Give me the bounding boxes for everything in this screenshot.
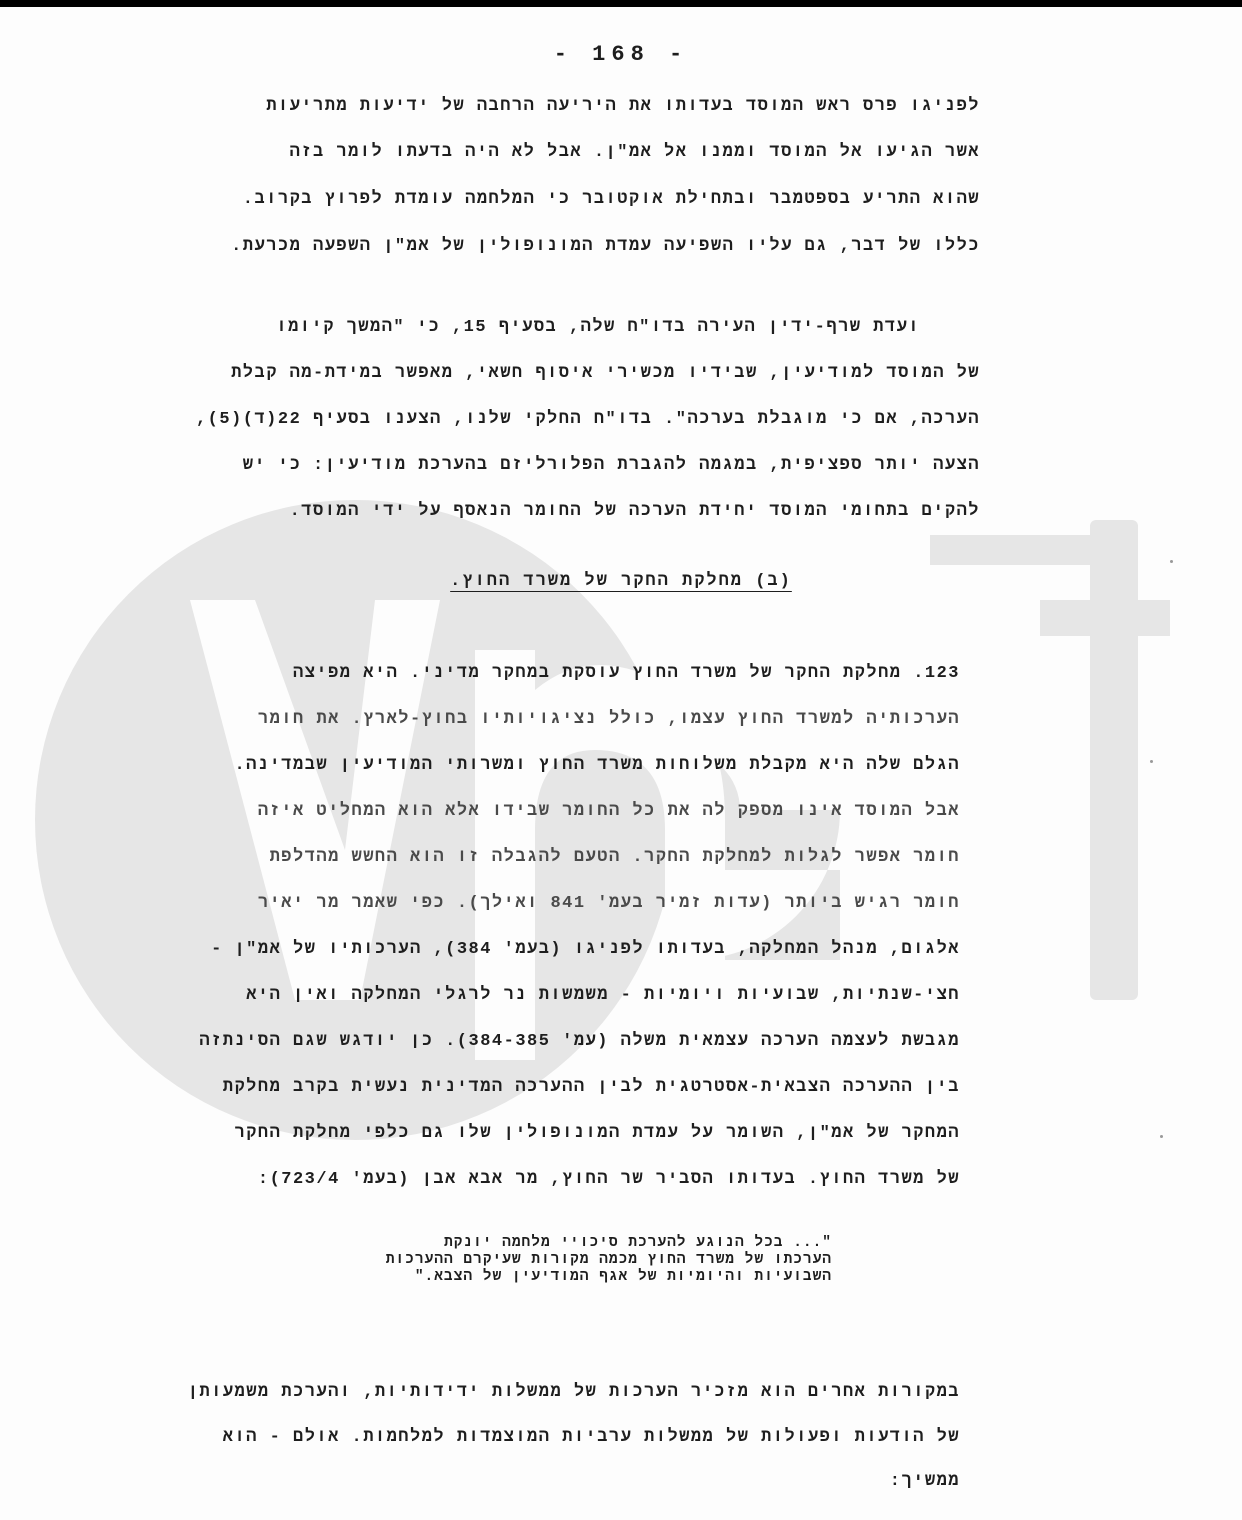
text-line: של הודעות ופעולות של ממשלות ערביות המוצמ… (223, 1428, 960, 1447)
text-line: ממשיך: (890, 1472, 960, 1491)
text-line: כללו של דבר, גם עליו השפיעה עמדת המונופו… (231, 237, 980, 256)
text-line: אבל המוסד אינו מספק לה את כל החומר שבידו… (258, 802, 960, 821)
quote-line: השבועיות והיומיות של אגף המודיעין של הצב… (415, 1269, 832, 1286)
text-line: הגלם שלה היא מקבלת משלוחות משרד החוץ ומש… (234, 756, 960, 775)
text-line: של המוסד למודיעין, שבידיו מכשירי איסוף ח… (231, 364, 980, 383)
scan-speck (1160, 1135, 1163, 1138)
text-line: מגבשת לעצמה הערכה עצמאית משלה (עמ' 384-3… (199, 1032, 960, 1051)
text-line: של משרד החוץ. בעדותו הסביר שר החוץ, מר א… (258, 1170, 960, 1189)
quote-line: "... בכל הנוגע להערכת סיכויי מלחמה יונקת (444, 1235, 832, 1252)
text-line: אלגום, מנהל המחלקה, בעדותו לפניגו (בעמ' … (211, 940, 960, 959)
text-line: אשר הגיעו אל המוסד וממנו אל אמ"ן. אבל לא… (290, 143, 980, 162)
text-line: במקורות אחרים הוא מזכיר הערכות של ממשלות… (188, 1383, 960, 1402)
text-line: הערכה, אם כי מוגבלת בערכה". בדו"ח החלקי … (196, 410, 980, 429)
page-number: - 168 - (0, 42, 1242, 67)
quote-line: הערכתו של משרד החוץ מכמה מקורות שעיקרם ה… (386, 1252, 832, 1269)
text-line: שהוא התריע בספטמבר ובתחילת אוקטובר כי המ… (243, 190, 980, 209)
text-line: הצעה יותר ספציפית, במגמה להגברת הפלורליז… (243, 456, 980, 475)
text-line: להקים בתחומי המוסד יחידת הערכה של החומר … (290, 502, 980, 521)
top-black-bar (0, 0, 1242, 7)
text-line: חומר רגיש ביותר (עדות זמיר בעמ' 841 ואיל… (258, 894, 960, 913)
text-line: לפניגו פרס ראש המוסד בעדותו את היריעה הר… (266, 97, 980, 116)
text-line: 123. מחלקת החקר של משרד החוץ עוסקת במחקר… (293, 664, 960, 683)
section-heading-text: (ב) מחלקת החקר של משרד החוץ. (450, 572, 792, 591)
section-heading: (ב) מחלקת החקר של משרד החוץ. (0, 572, 1242, 591)
text-line: המחקר של אמ"ן, השומר על עמדת המונופולין … (234, 1124, 960, 1143)
text-line: חצי-שנתיות, שבועיות ויומיות - משמשות נר … (246, 986, 960, 1005)
scan-speck (1150, 760, 1153, 763)
text-line: בין ההערכה הצבאית-אסטרטגית לבין ההערכה ה… (223, 1078, 960, 1097)
text-line: חומר אפשר לגלות למחלקת החקר. הטעם להגבלה… (270, 848, 960, 867)
text-line: הערכותיה למשרד החוץ עצמו, כולל נציגויותי… (258, 710, 960, 729)
scan-speck (1170, 560, 1173, 563)
text-line: ועדת שרף-ידין העירה בדו"ח שלה, בסעיף 15,… (276, 318, 920, 337)
